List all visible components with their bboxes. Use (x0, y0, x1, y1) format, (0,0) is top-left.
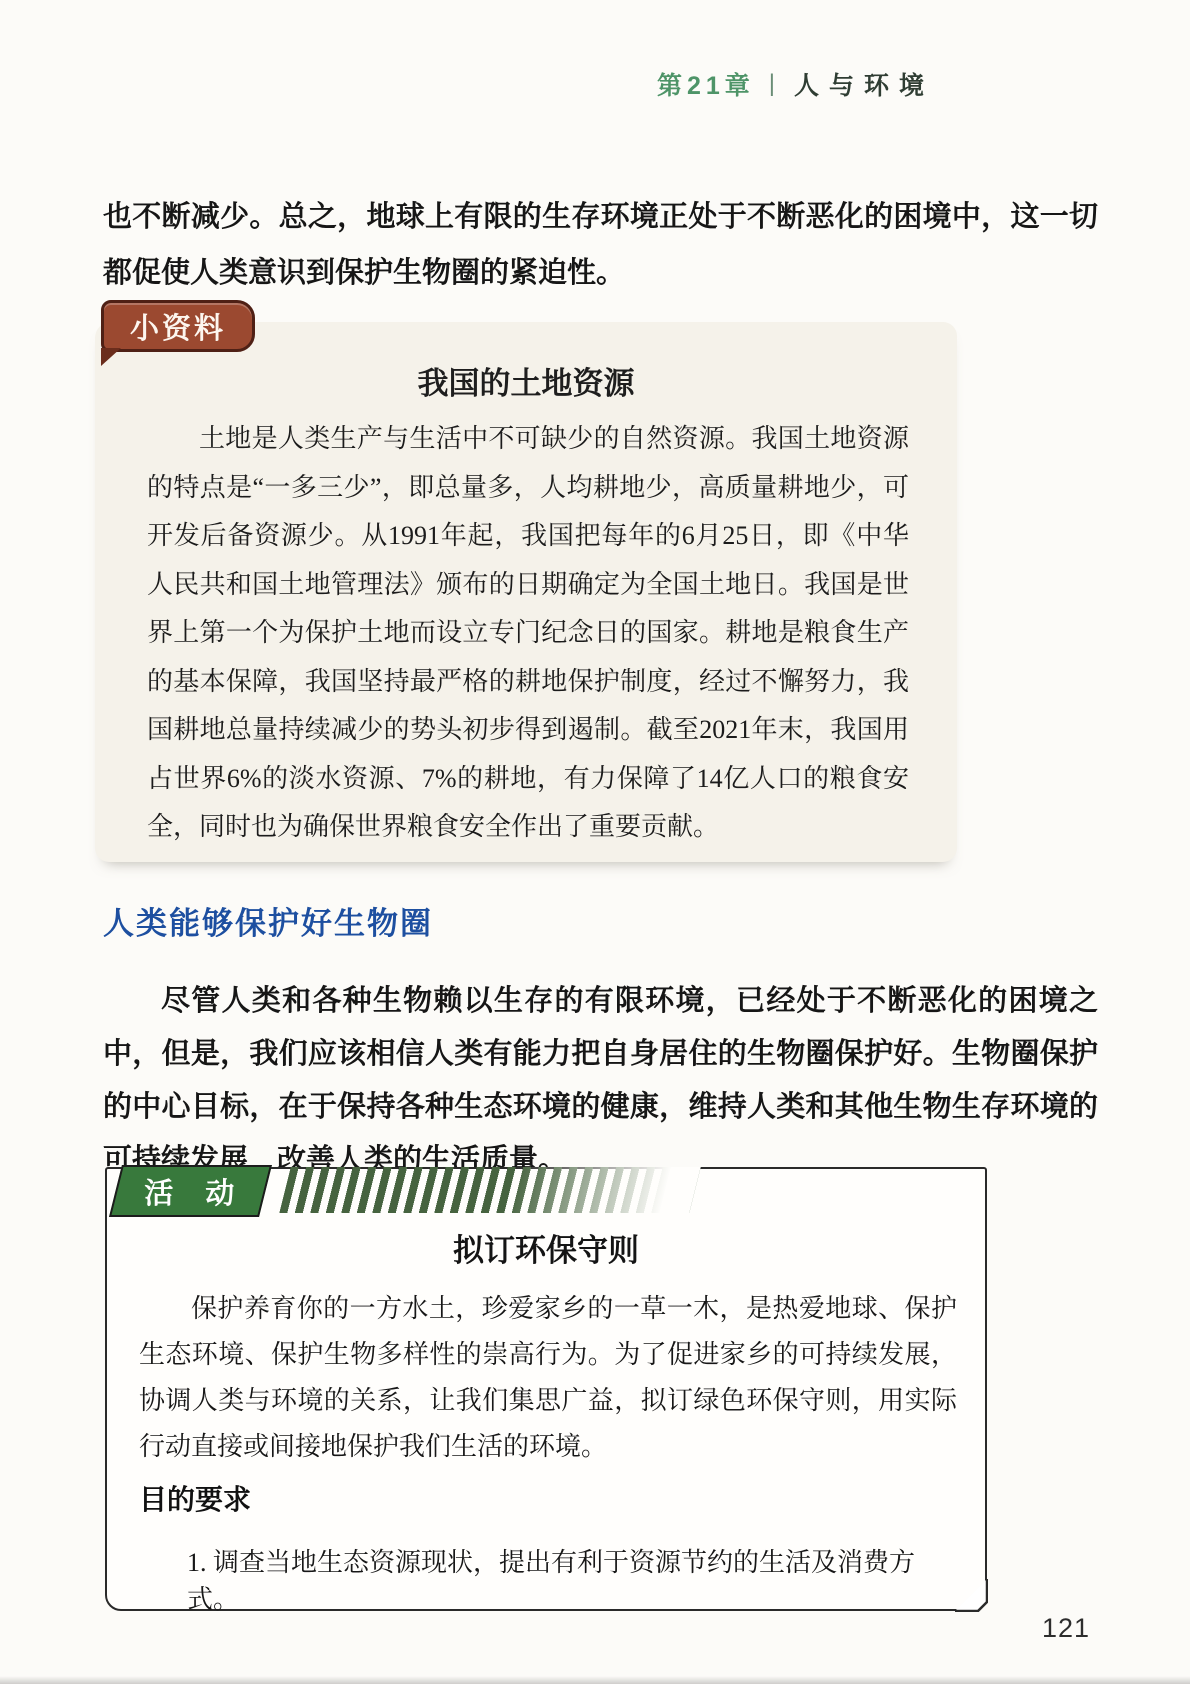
activity-tab-label: 活 动 (134, 1171, 246, 1212)
page-edge-shadow (0, 1676, 1190, 1684)
running-head: 第21章 | 人与环境 (657, 66, 934, 102)
textbook-page: 第21章 | 人与环境 也不断减少。总之，地球上有限的生存环境正处于不断恶化的困… (0, 0, 1190, 1684)
page-fold-icon (954, 1578, 988, 1612)
info-box-body: 土地是人类生产与生活中不可缺少的自然资源。我国土地资源的特点是“一多三少”，即总… (147, 415, 909, 852)
section-paragraph: 尽管人类和各种生物赖以生存的有限环境，已经处于不断恶化的困境之中，但是，我们应该… (103, 975, 1098, 1187)
chapter-number: 第21章 (657, 66, 755, 102)
intro-paragraph: 也不断减少。总之，地球上有限的生存环境正处于不断恶化的困境中，这一切都促使人类意… (103, 189, 1098, 301)
activity-item: 1. 调查当地生态资源现状，提出有利于资源节约的生活及消费方式。 (187, 1542, 957, 1616)
activity-subheading: 目的要求 (139, 1478, 985, 1518)
page-number: 121 (1042, 1613, 1090, 1644)
info-box-tab: 小资料 (101, 300, 255, 352)
info-box-tab-label: 小资料 (130, 306, 226, 347)
section-heading: 人类能够保护好生物圈 (103, 898, 433, 943)
chapter-title: 人与环境 (794, 66, 934, 102)
activity-box: 活 动 拟订环保守则 保护养育你的一方水土，珍爱家乡的一草一木，是热爱地球、保护… (105, 1167, 987, 1611)
hatch-stripes-decoration (279, 1167, 700, 1213)
activity-tab: 活 动 (109, 1165, 272, 1217)
activity-intro: 保护养育你的一方水土，珍爱家乡的一草一木，是热爱地球、保护生态环境、保护生物多样… (139, 1286, 957, 1470)
info-box: 小资料 我国的土地资源 土地是人类生产与生活中不可缺少的自然资源。我国土地资源的… (95, 322, 957, 862)
header-divider: | (769, 70, 780, 98)
